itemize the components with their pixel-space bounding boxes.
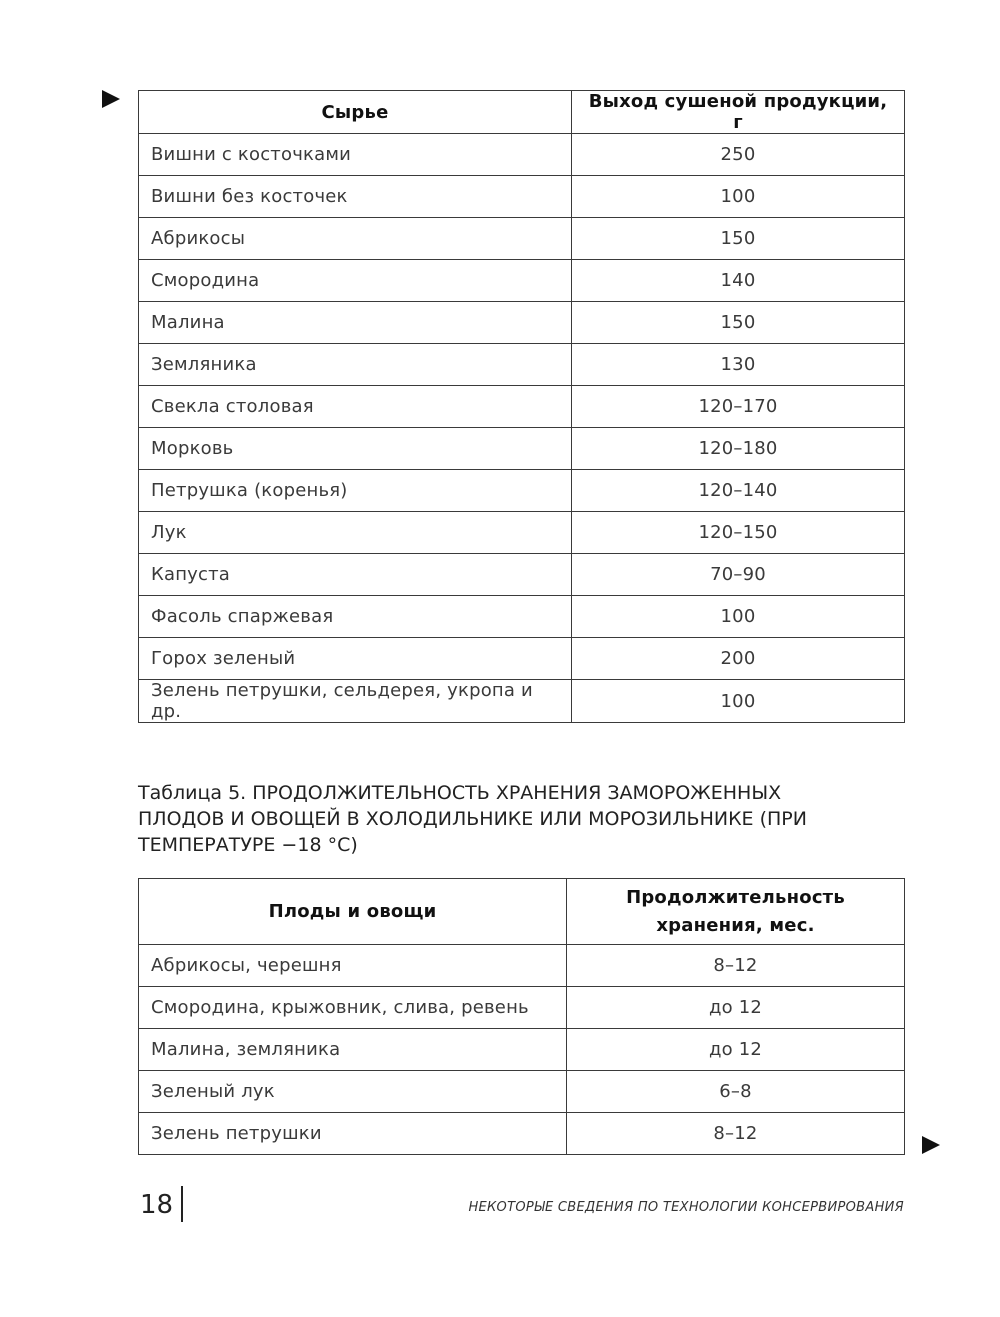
table-header-row: Сырье Выход сушеной продукции, г <box>139 91 905 134</box>
product-cell: Вишни без косточек <box>139 176 572 218</box>
value-cell: 120–150 <box>572 512 905 554</box>
product-cell: Малина <box>139 302 572 344</box>
continuation-marker-icon <box>922 1136 940 1154</box>
value-cell: 8–12 <box>567 1113 905 1155</box>
table-row: Фасоль спаржевая100 <box>139 596 905 638</box>
product-cell: Горох зеленый <box>139 638 572 680</box>
product-cell: Абрикосы, черешня <box>139 945 567 987</box>
table-row: Зелень петрушки, сельдерея, укропа и др.… <box>139 680 905 723</box>
table-row: Абрикосы, черешня8–12 <box>139 945 905 987</box>
product-cell: Вишни с косточками <box>139 134 572 176</box>
table-row: Абрикосы150 <box>139 218 905 260</box>
table-row: Вишни без косточек100 <box>139 176 905 218</box>
table-row: Малина150 <box>139 302 905 344</box>
value-cell: 140 <box>572 260 905 302</box>
value-cell: 100 <box>572 176 905 218</box>
table-row: Земляника130 <box>139 344 905 386</box>
table-row: Капуста70–90 <box>139 554 905 596</box>
product-cell: Смородина <box>139 260 572 302</box>
table-row: Свекла столовая120–170 <box>139 386 905 428</box>
product-cell: Земляника <box>139 344 572 386</box>
page-number: 18 <box>140 1190 173 1220</box>
column-header: Продолжительность хранения, мес. <box>567 879 905 945</box>
value-cell: 100 <box>572 680 905 723</box>
product-cell: Капуста <box>139 554 572 596</box>
column-header: Выход сушеной продукции, г <box>572 91 905 134</box>
product-cell: Фасоль спаржевая <box>139 596 572 638</box>
continuation-marker-icon <box>102 90 120 108</box>
table-row: Вишни с косточками250 <box>139 134 905 176</box>
table-row: Смородина140 <box>139 260 905 302</box>
value-cell: 120–140 <box>572 470 905 512</box>
product-cell: Свекла столовая <box>139 386 572 428</box>
product-cell: Зелень петрушки <box>139 1113 567 1155</box>
column-header: Плоды и овощи <box>139 879 567 945</box>
table-row: Горох зеленый200 <box>139 638 905 680</box>
table-row: Зеленый лук6–8 <box>139 1071 905 1113</box>
value-cell: 120–170 <box>572 386 905 428</box>
value-cell: 200 <box>572 638 905 680</box>
table-row: Морковь120–180 <box>139 428 905 470</box>
product-cell: Зеленый лук <box>139 1071 567 1113</box>
value-cell: 150 <box>572 218 905 260</box>
product-cell: Смородина, крыжовник, слива, ревень <box>139 987 567 1029</box>
value-cell: до 12 <box>567 1029 905 1071</box>
product-cell: Зелень петрушки, сельдерея, укропа и др. <box>139 680 572 723</box>
table-row: Зелень петрушки8–12 <box>139 1113 905 1155</box>
value-cell: 100 <box>572 596 905 638</box>
table-header-row: Плоды и овощи Продолжительность хранения… <box>139 879 905 945</box>
footer-divider <box>181 1186 183 1222</box>
product-cell: Лук <box>139 512 572 554</box>
value-cell: 70–90 <box>572 554 905 596</box>
table-row: Малина, земляникадо 12 <box>139 1029 905 1071</box>
product-cell: Морковь <box>139 428 572 470</box>
value-cell: 6–8 <box>567 1071 905 1113</box>
dried-yield-table: Сырье Выход сушеной продукции, г Вишни с… <box>138 90 905 723</box>
value-cell: до 12 <box>567 987 905 1029</box>
table-row: Петрушка (коренья)120–140 <box>139 470 905 512</box>
product-cell: Абрикосы <box>139 218 572 260</box>
value-cell: 8–12 <box>567 945 905 987</box>
frozen-storage-table: Плоды и овощи Продолжительность хранения… <box>138 878 905 1155</box>
table-row: Лук120–150 <box>139 512 905 554</box>
table-row: Смородина, крыжовник, слива, ревеньдо 12 <box>139 987 905 1029</box>
value-cell: 150 <box>572 302 905 344</box>
value-cell: 130 <box>572 344 905 386</box>
running-title: НЕКОТОРЫЕ СВЕДЕНИЯ ПО ТЕХНОЛОГИИ КОНСЕРВ… <box>468 1200 904 1215</box>
product-cell: Малина, земляника <box>139 1029 567 1071</box>
column-header: Сырье <box>139 91 572 134</box>
value-cell: 250 <box>572 134 905 176</box>
product-cell: Петрушка (коренья) <box>139 470 572 512</box>
value-cell: 120–180 <box>572 428 905 470</box>
table-caption: Таблица 5. ПРОДОЛЖИТЕЛЬНОСТЬ ХРАНЕНИЯ ЗА… <box>138 780 858 858</box>
